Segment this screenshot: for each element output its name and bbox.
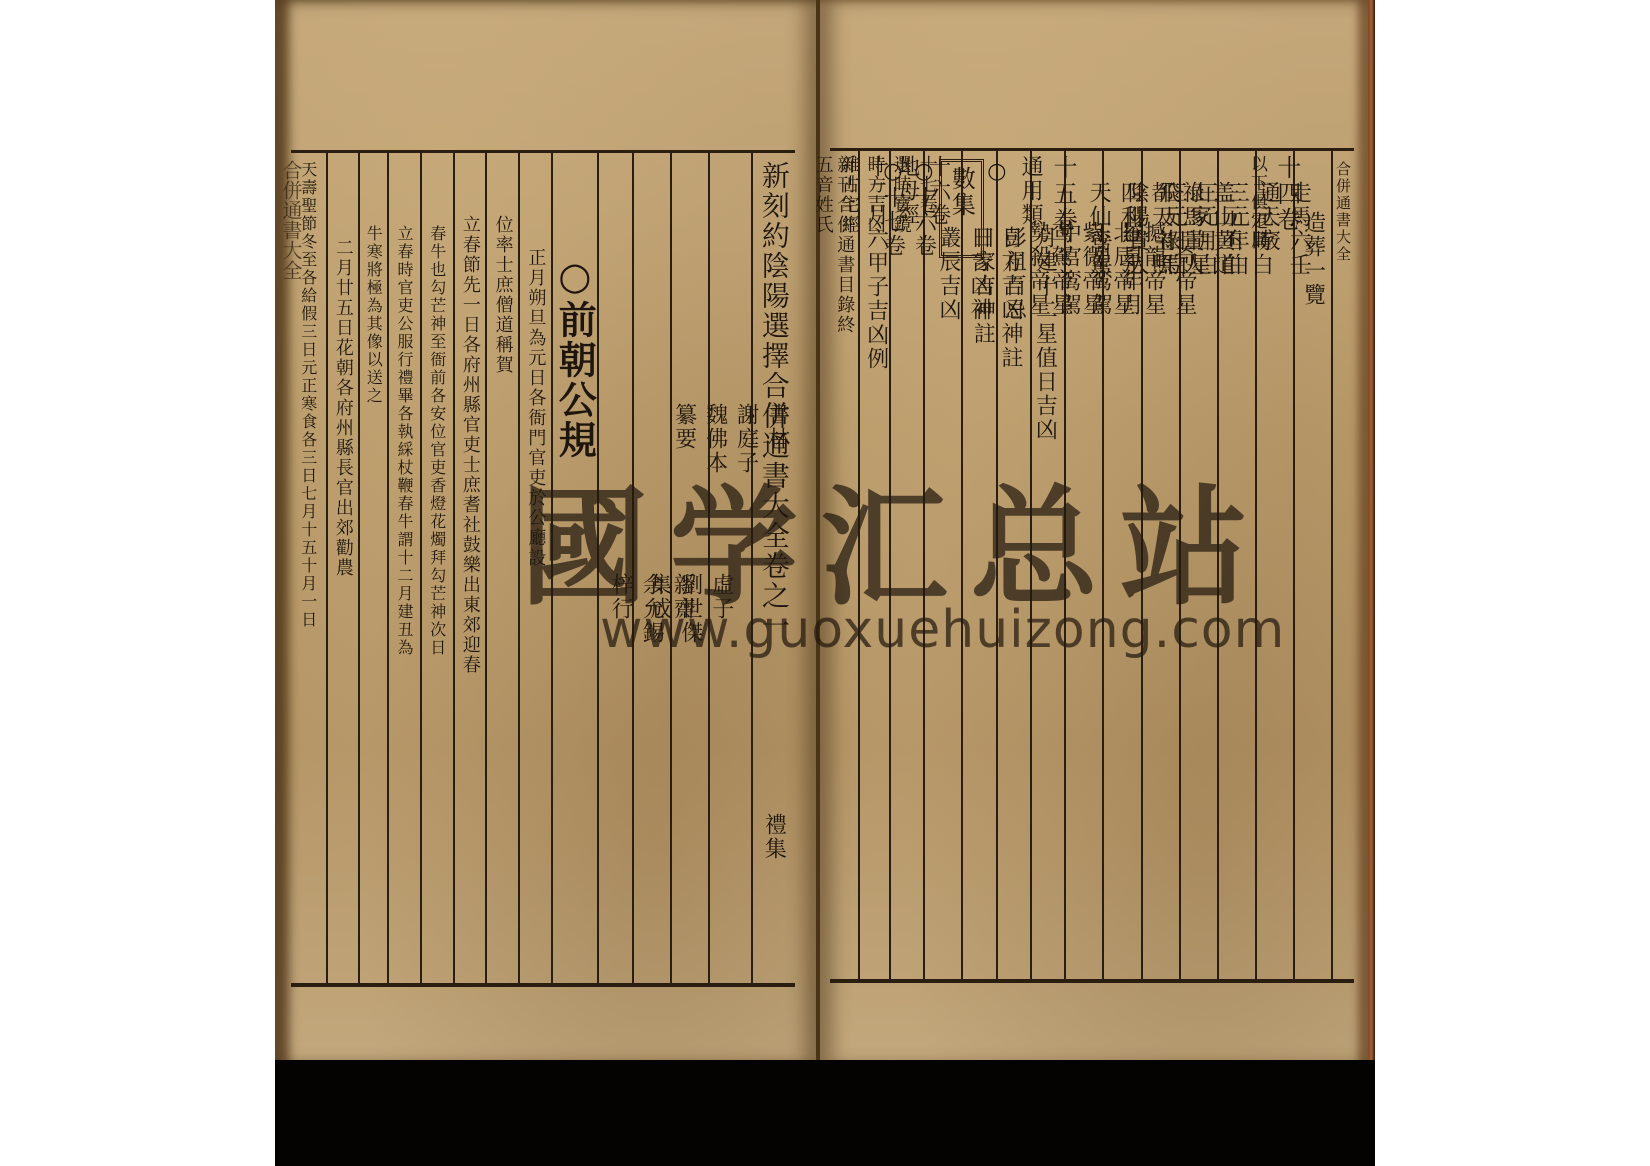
text-seg: 走馬六壬 (1283, 181, 1314, 277)
left-page: 合併通書大全 新刻約陰陽選擇合併通書大全卷之一 禮集 書林 謝庭子 魏佛本 纂要 (275, 0, 817, 1066)
book-spread: 合併通書大全 新刻約陰陽選擇合併通書大全卷之一 禮集 書林 謝庭子 魏佛本 纂要 (275, 0, 1375, 1166)
text-line: 春牛也勾芒神至衙前各安位官吏香燈花燭拜勾芒神次日 (426, 225, 449, 657)
collection-label: 禮集 (758, 813, 789, 861)
text-seg: 新齋 (667, 573, 698, 645)
text-seg: 時方吉凶 (862, 155, 888, 235)
text-line: 位率士庶僧道稱賀 (490, 215, 516, 375)
text-line: 二月廿五日花朝各府州縣長官出郊勸農 (330, 238, 356, 578)
section-heading: ○前朝公規 (547, 253, 602, 460)
text-seg: 謝庭子 (731, 403, 762, 475)
right-page: 合併通書大全 造葬一覽 十四卷 以下俱定局 走馬六壬 通天竅 三元年白 (820, 0, 1368, 1066)
column-p2b: 春牛也勾芒神至衙前各安位官吏香燈花燭拜勾芒神次日 (420, 153, 453, 983)
right-page-edge (1368, 0, 1375, 1066)
text-seg: 三奇帝星 (1169, 221, 1200, 317)
text-line: 立春時官吏公服行禮畢各執綵杖鞭春牛謂十二月建丑為 (393, 225, 416, 657)
column-p1: 正月朔旦為元日各衙門官吏於公廳設 (518, 153, 551, 983)
column-r5: 羅星年月 玉皇鸾駕 中宫鸾駕 𫝑殺帝星 (1064, 151, 1102, 979)
text-seg: 選時寶鏡 (888, 155, 914, 235)
column-p2: 立春節先一日各府州縣官吏士庶耆社鼓樂出東郊迎春 (453, 153, 486, 983)
text-seg: 書林 (762, 403, 793, 475)
volume-label: 十五卷 (1046, 155, 1081, 233)
column-p1b: 位率士庶僧道稱賀 (485, 153, 518, 983)
text-line: 立春節先一日各府州縣官吏士庶耆社鼓樂出東郊迎春 (457, 215, 483, 675)
table-of-contents-end: 新刊合併通書目錄終 (831, 155, 857, 335)
column-p2c: 立春時官吏公服行禮畢各執綵杖鞭春牛謂十二月建丑為 (387, 153, 420, 983)
text-seg: 月建十二星值日吉凶 (1029, 226, 1060, 442)
text-seg: 余允錫 (636, 573, 667, 645)
text-seg: 羅星年月 (1115, 221, 1146, 317)
edge-label: 合併通書大全 (1333, 161, 1354, 263)
column-vol17: 十七卷 選時寶鏡 時方吉凶 雜占宅經 五音姓氏 (858, 151, 889, 979)
column-p3: 二月廿五日花朝各府州縣長官出郊勸農 (326, 153, 359, 983)
column-compilers-3: 新齋 余允錫 梓行 (632, 153, 670, 983)
circle-mark: ○ (984, 159, 1009, 280)
text-seg: 玉皇鸾駕 (1084, 221, 1115, 317)
column-edge: 合併通書大全 (1331, 151, 1354, 979)
column-p4: 天壽聖節冬至各給假三日元正寒食各三日七月十五十月一日 (291, 153, 326, 983)
text-line: 正月朔旦為元日各衙門官吏於公廳設 (522, 248, 548, 568)
book-shadow (275, 1060, 1375, 1166)
text-seg: 虛子 (706, 573, 737, 645)
column-compilers-1: 書林 謝庭子 魏佛本 纂要 (708, 153, 750, 983)
column-vol16: 十六卷 地母經 十二月六甲子吉凶例 (889, 151, 923, 979)
volume-label: 十七卷 (914, 155, 940, 235)
column-title: 新刻約陰陽選擇合併通書大全卷之一 禮集 (751, 153, 795, 983)
text-seg: 三元時白 (1245, 181, 1276, 277)
column-end: 新刊合併通書目錄終 (830, 151, 859, 979)
left-text-frame: 新刻約陰陽選擇合併通書大全卷之一 禮集 書林 謝庭子 魏佛本 纂要 虛子 劉世傑 (291, 150, 795, 987)
volume-title: 新刻約陰陽選擇合併通書大全卷之一 (754, 161, 794, 641)
text-line: 牛寒將極為其像以送之 (362, 225, 385, 405)
text-line: 天壽聖節冬至各給假三日元正寒食各三日七月十五十月一日 (297, 161, 320, 629)
column-compilers-2: 虛子 劉世傑 集成 (670, 153, 708, 983)
column-p2d: 牛寒將極為其像以送之 (358, 153, 387, 983)
text-seg: 盖山黄道 (1207, 181, 1238, 277)
right-text-frame: 合併通書大全 造葬一覽 十四卷 以下俱定局 走馬六壬 通天竅 三元年白 (830, 148, 1354, 983)
column-heading: ○前朝公規 (551, 153, 597, 983)
